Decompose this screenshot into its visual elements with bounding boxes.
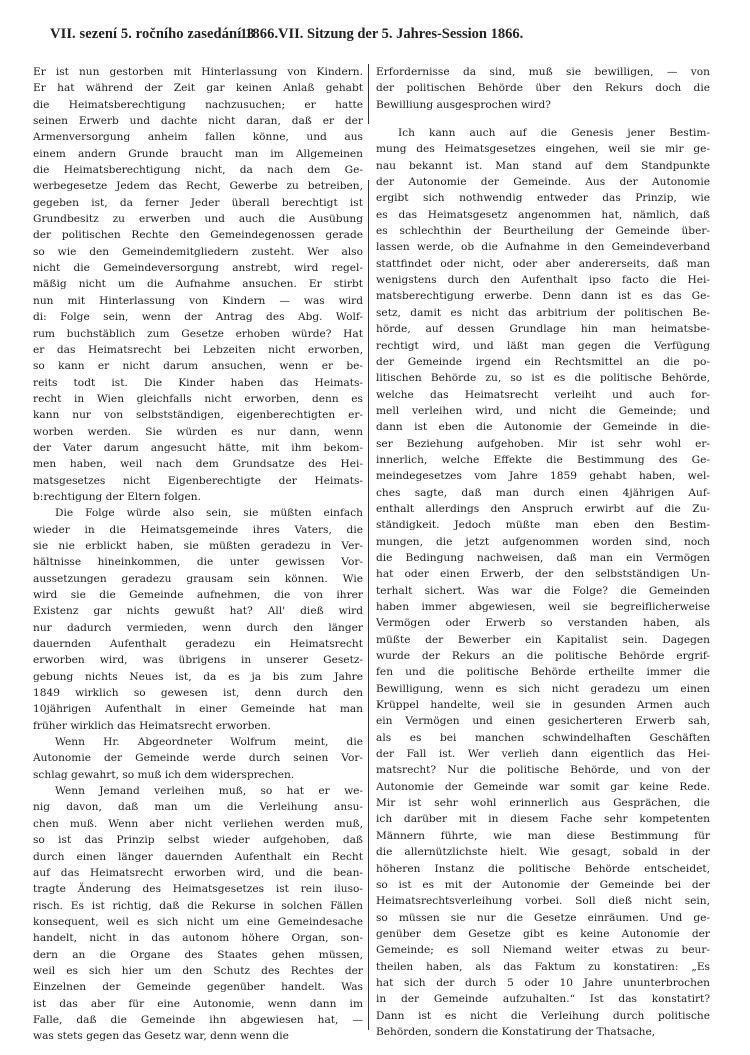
text-line: die Heimatsberechtigung nicht, da nach d… xyxy=(33,162,363,178)
text-line: 1849 wirklich so gewesen ist, denn durch… xyxy=(33,685,363,701)
text-line: handelt, nicht in das autonom höhere Org… xyxy=(33,930,363,946)
text-line: so ist das Prinzip selbst wieder aufgeho… xyxy=(33,832,363,848)
text-line: men haben, weil nach dem Grundsatze des … xyxy=(33,456,363,472)
text-line: der Gemeinde irgend ein Rechtsmittel an … xyxy=(376,354,710,370)
text-line: schlag gewahrt, so muß ich dem widerspre… xyxy=(33,767,363,783)
text-line: wird sie die Gemeinde aufnehmen, die von… xyxy=(33,587,363,603)
text-line: so wie den Gemeindemitgliedern zusteht. … xyxy=(33,244,363,260)
text-line: hat oder einen Erwerb, der den selbststä… xyxy=(376,566,710,582)
text-line: innerlich, welche Effekte die Bestimmung… xyxy=(376,452,710,468)
text-line: mungen, die jetzt aufgenommen worden sin… xyxy=(376,534,710,550)
left-text-column: Er ist nun gestorben mit Hinterlassung v… xyxy=(33,64,363,1045)
text-line: b:rechtigung der Eltern folgen. xyxy=(33,489,363,505)
paragraph: Wenn Hr. Abgeordneter Wolfrum meint, die… xyxy=(33,734,363,783)
text-line: Ich kann auch auf die Genesis jener Best… xyxy=(376,125,710,141)
text-line: der politischen Behörde über den Rekurs … xyxy=(376,80,710,96)
text-line: Gemeinde; es soll Niemand weiter etwas z… xyxy=(376,942,710,958)
text-line: wieder in die Heimatsgemeinde ihres Vate… xyxy=(33,522,363,538)
text-line: ständigkeit. Jedoch müßte man eben den B… xyxy=(376,517,710,533)
text-line: Bewilliung ausgesprochen wird? xyxy=(376,97,710,113)
text-line: so müssen sie nur die Gesetze einräumen.… xyxy=(376,910,710,926)
paragraph: Wenn Jemand verleihen muß, so hat er we-… xyxy=(33,783,363,1045)
text-line: es das Heimatsgesetz angenommen hat, näm… xyxy=(376,207,710,223)
text-line: weil es sich hier um den Schutz des Rech… xyxy=(33,963,363,979)
text-line: der politischen Rechte den Gemeindegenos… xyxy=(33,227,363,243)
text-line: ich darüber mit in diesem Fache sehr kom… xyxy=(376,811,710,827)
text-line: lassen werde, ob die Aufnahme in den Gem… xyxy=(376,239,710,255)
paragraph: Er ist nun gestorben mit Hinterlassung v… xyxy=(33,64,363,505)
text-line: reits todt ist. Die Kinder haben das Hei… xyxy=(33,375,363,391)
text-line: recht in Wien gleichfalls nicht erworben… xyxy=(33,391,363,407)
text-line: Existenz gar nichts gewußt hat? All' die… xyxy=(33,603,363,619)
text-line: in der Gemeinde aufzuhalten.“ Ist das ko… xyxy=(376,991,710,1007)
text-line: Die Folge würde also sein, sie müßten ei… xyxy=(33,505,363,521)
text-line: Behörden, sondern die Konstatirung der T… xyxy=(376,1024,710,1040)
text-line: hat sich der durch 5 oder 10 Jahre ununt… xyxy=(376,975,710,991)
text-line: rechtigt wird, und läßt man gegen die Ve… xyxy=(376,338,710,354)
text-line: Bewilligung, wenn es sich nicht geradezu… xyxy=(376,681,710,697)
text-line: litischen Behörde zu, so ist es die poli… xyxy=(376,370,710,386)
header-german-title: VII. Sitzung der 5. Jahres-Session 1866. xyxy=(278,26,523,43)
text-line: müßte der Bewerber ein Kapitalist sein. … xyxy=(376,632,710,648)
text-line: Falle, daß die Gemeinde ihn abgewiesen h… xyxy=(33,1012,363,1028)
text-line: dern an die Organe des Staates gehen müs… xyxy=(33,947,363,963)
text-line: genüber dem Gesetze gibt es keine Autono… xyxy=(376,926,710,942)
paragraph: Die Folge würde also sein, sie müßten ei… xyxy=(33,505,363,734)
text-line: auf das Heimatsrecht erworben wird, und … xyxy=(33,865,363,881)
text-line: mung des Heimatsgesetzes eingehen, weil … xyxy=(376,141,710,157)
text-line: haben immer abgewiesen, weil sie begreif… xyxy=(376,599,710,615)
text-line: Vermögen oder Erwerb so verstanden haben… xyxy=(376,615,710,631)
text-line: welche das Heimatsrecht verleiht und auc… xyxy=(376,387,710,403)
text-line: Er ist nun gestorben mit Hinterlassung v… xyxy=(33,64,363,80)
text-line: die Bedingung nachweisen, daß man ein Ve… xyxy=(376,550,710,566)
text-line: so kann er nicht darum ansuchen, wenn er… xyxy=(33,358,363,374)
text-line: höheren Instanz die politische Behörde e… xyxy=(376,861,710,877)
text-line: fen und die politische Behörde ertheilte… xyxy=(376,664,710,680)
text-line: ein Vermögen und einen gesicherteren Erw… xyxy=(376,713,710,729)
text-line: 10jährigen Aufenthalt in einer Gemeinde … xyxy=(33,701,363,717)
text-line: kann nur von selbstständigen, eigenberec… xyxy=(33,407,363,423)
page-number: 13 xyxy=(240,26,255,43)
text-line: werbegesetze Jedem das Recht, Gewerbe zu… xyxy=(33,178,363,194)
text-line: konsequent, weil es sich nicht um eine G… xyxy=(33,914,363,930)
text-line: was stets gegen das Gesetz war, denn wen… xyxy=(33,1028,363,1044)
text-line: meindegesetzes vom Jahre 1859 gehabt hab… xyxy=(376,468,710,484)
text-line: di: Folge sein, wenn der Antrag des Abg.… xyxy=(33,309,363,325)
paragraph: Erfordernisse da sind, muß sie bewillige… xyxy=(376,64,710,113)
text-line: enthalt allerdings den Anspruch erwirbt … xyxy=(376,501,710,517)
text-line: gebung nichts Neues ist, da es ja bis zu… xyxy=(33,669,363,685)
text-line: aussetzungen geradezu grausam sein könne… xyxy=(33,571,363,587)
paragraph: Ich kann auch auf die Genesis jener Best… xyxy=(376,125,710,1040)
text-line: hörde, auf dessen Grundlage hin man heim… xyxy=(376,321,710,337)
text-line: nun mit Hinterlassung von Kindern — was … xyxy=(33,293,363,309)
text-line: ser Beziehung aufgehoben. Mir ist sehr w… xyxy=(376,436,710,452)
text-line: Dann ist es nicht die Verleihung durch p… xyxy=(376,1008,710,1024)
text-line: dauernden Aufenthalt geradezu ein Heimat… xyxy=(33,636,363,652)
text-line: die Heimatsberechtigung nachzusuchen; er… xyxy=(33,97,363,113)
text-line: gegeben ist, da ferner Jeder überall ber… xyxy=(33,195,363,211)
text-line: nicht die Gemeindeversorgung anstrebt, w… xyxy=(33,260,363,276)
column-divider-upper xyxy=(368,64,369,124)
text-line: Autonomie der Gemeinde war somit gar kei… xyxy=(376,779,710,795)
text-line: tragte Änderung des Heimatsgesetzes ist … xyxy=(33,881,363,897)
text-line: Mir ist sehr wohl erinnerlich aus Gesprä… xyxy=(376,795,710,811)
text-line: Armenversorgung anheim fallen könne, und… xyxy=(33,129,363,145)
text-line: so ist es mit der Autonomie der Gemeinde… xyxy=(376,877,710,893)
text-line: seinen Erwerb und dachte nicht daran, da… xyxy=(33,113,363,129)
text-line: Grundbesitz zu erwerben und auch die Aus… xyxy=(33,211,363,227)
text-line: durch einen länger dauernden Aufenthalt … xyxy=(33,849,363,865)
text-line: die allernützlichste hielt. Wie gesagt, … xyxy=(376,844,710,860)
text-line: mell verleihen wird, und nicht die Gemei… xyxy=(376,403,710,419)
text-line: dann ist eben die Autonomie der Gemeinde… xyxy=(376,419,710,435)
text-line: chen muß. Wenn aber nicht verliehen werd… xyxy=(33,816,363,832)
text-line: erworben wird, was übrigens in unserer G… xyxy=(33,652,363,668)
text-line: einem andern Grunde braucht man im Allge… xyxy=(33,146,363,162)
text-line: mäßig nicht um die Aufnahme ansuchen. Er… xyxy=(33,276,363,292)
text-line: er das Heimatsrecht bei Lebzeiten nicht … xyxy=(33,342,363,358)
text-line: setz, damit es nicht das arbitrium der p… xyxy=(376,305,710,321)
text-line: worben werden. Sie würden es nur dann, w… xyxy=(33,424,363,440)
right-text-column: Erfordernisse da sind, muß sie bewillige… xyxy=(376,64,710,1040)
text-line: früher wirklich das Heimatsrecht erworbe… xyxy=(33,718,363,734)
text-line: sie nie erblickt haben, sie müßten gerad… xyxy=(33,538,363,554)
text-line: ist das aber für eine Autonomie, wenn da… xyxy=(33,996,363,1012)
text-line: wenigstens durch den Aufenthalt ipso fac… xyxy=(376,272,710,288)
text-line: Autonomie der Gemeinde werde durch seine… xyxy=(33,750,363,766)
text-line: Krüppel handelte, weil sie in gesunden A… xyxy=(376,697,710,713)
text-line: nig davon, daß man um die Verleihung ans… xyxy=(33,799,363,815)
text-line: der Autonomie der Gemeinde. Aus der Auto… xyxy=(376,174,710,190)
text-line: Heimatsrechtsverleihung vorbei. Soll die… xyxy=(376,893,710,909)
text-line: terhalt sichert. Was war die Folge? die … xyxy=(376,583,710,599)
running-header: VII. sezení 5. ročního zasedání 1866. 13… xyxy=(0,26,750,46)
text-line: ches sagte, daß man durch einen 4jährige… xyxy=(376,485,710,501)
text-line: Einzelnen der Gemeinde gegenüber handelt… xyxy=(33,979,363,995)
text-line: rum buchstäblich zum Gesetze erhoben wür… xyxy=(33,326,363,342)
text-line: hältnisse hineinkommen, die unter gewiss… xyxy=(33,554,363,570)
text-line: theilen haben, als das Faktum zu konstat… xyxy=(376,959,710,975)
text-line: matsberechtigung erwerbe. Denn dann ist … xyxy=(376,288,710,304)
text-line: Männern führte, wie man diese Bestimmung… xyxy=(376,828,710,844)
text-line: matsrecht? Nur die politische Behörde, u… xyxy=(376,762,710,778)
text-line: Erfordernisse da sind, muß sie bewillige… xyxy=(376,64,710,80)
text-line: nur dadurch vermieden, wenn durch den lä… xyxy=(33,620,363,636)
text-line: risch. Es ist richtig, daß die Rekurse i… xyxy=(33,898,363,914)
text-line: der Fall ist. Wer verlieh dann eigentlic… xyxy=(376,746,710,762)
text-line: ergibt sich nothwendig entweder das Prin… xyxy=(376,190,710,206)
text-line: als es bei manchen schwindelhaften Gesch… xyxy=(376,730,710,746)
column-divider-lower xyxy=(368,180,369,1030)
text-line: Wenn Hr. Abgeordneter Wolfrum meint, die xyxy=(33,734,363,750)
text-line: matsgesetzes nicht Eigenberechtigte der … xyxy=(33,473,363,489)
text-line: Wenn Jemand verleihen muß, so hat er we- xyxy=(33,783,363,799)
text-line: es schlechthin der Beurtheilung der Geme… xyxy=(376,223,710,239)
text-line: nau bekannt ist. Man stand auf dem Stand… xyxy=(376,158,710,174)
text-line: Er hat während der Zeit gar keinen Anlaß… xyxy=(33,80,363,96)
text-line: stattfindet oder nicht, oder aber andere… xyxy=(376,256,710,272)
text-line: der Vater darum angesucht hätte, mit ihm… xyxy=(33,440,363,456)
text-line: wurde der Rekurs an die politische Behör… xyxy=(376,648,710,664)
